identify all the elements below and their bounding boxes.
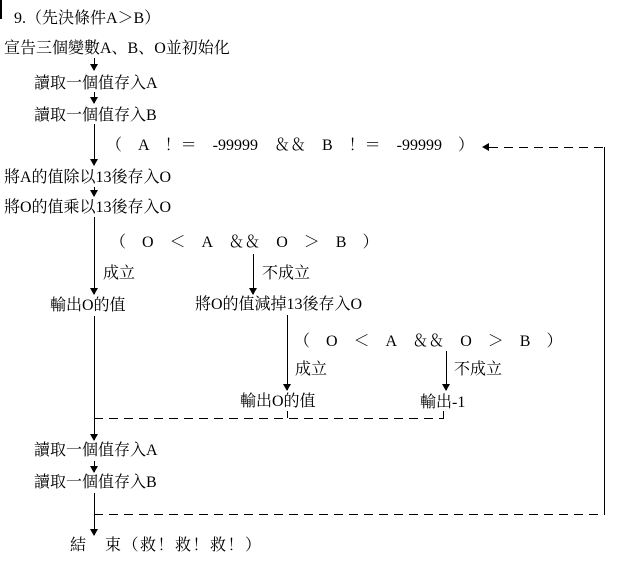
inner-merge-dashed-line <box>94 418 444 419</box>
node-read-a: 讀取一個值存入A <box>34 75 158 92</box>
if1-condition: （ O ＜ A ＆＆ O ＞ B ） <box>110 234 378 251</box>
arrow-down-icon <box>90 434 98 441</box>
node-multiply-by-13: 將O的值乘以13後存入O <box>4 199 171 216</box>
arrow-down-icon <box>442 384 450 391</box>
problem-title: 9.（先決條件A＞B） <box>14 10 160 27</box>
arrow-down-icon <box>249 288 257 295</box>
arrow-down-icon <box>90 288 98 295</box>
if1-true-action-output-o: 輸出O的值 <box>50 297 126 314</box>
arrow-left-icon <box>482 143 489 151</box>
loopback-right-line <box>604 147 605 515</box>
if2-false-action-output-neg1: 輸出-1 <box>420 394 465 411</box>
arrow-down-icon <box>90 97 98 104</box>
if2-true-label: 成立 <box>295 361 327 378</box>
arrow-down-icon <box>90 159 98 166</box>
arrow-down-icon <box>90 529 98 536</box>
loopback-top-dashed-line <box>489 147 604 148</box>
arrow-down-icon <box>90 190 98 197</box>
flowchart-page: 9.（先決條件A＞B） 宣告三個變數A、B、O並初始化 讀取一個值存入A 讀取一… <box>0 0 619 565</box>
flow-line-output-to-read-a2 <box>94 316 95 440</box>
if2-false-label: 不成立 <box>454 361 502 378</box>
if2-true-action-output-o: 輸出O的值 <box>240 393 316 410</box>
scan-artifact-mark <box>0 0 2 19</box>
arrow-down-icon <box>90 466 98 473</box>
if1-false-action-subtract-13: 將O的值減掉13後存入O <box>195 296 362 313</box>
node-read-a-again: 讀取一個值存入A <box>34 442 158 459</box>
arrow-down-icon <box>90 64 98 71</box>
node-divide-by-13: 將A的值除以13後存入O <box>4 169 171 186</box>
if2-condition: （ O ＜ A ＆＆ O ＞ B ） <box>294 333 562 350</box>
if2-true-branch-line <box>287 315 288 390</box>
while-loop-condition: （ A ！＝ -99999 ＆＆ B ！＝ -99999 ） <box>106 137 474 154</box>
if1-true-label: 成立 <box>103 265 135 282</box>
arrow-down-icon <box>283 384 291 391</box>
node-declare-variables: 宣告三個變數A、B、O並初始化 <box>4 40 230 57</box>
node-read-b-again: 讀取一個值存入B <box>34 474 157 491</box>
output-o2-merge-tick <box>287 411 288 418</box>
node-read-b: 讀取一個值存入B <box>34 107 157 124</box>
flow-line-multiply-to-if1-true <box>94 217 95 294</box>
output-neg1-merge-tick <box>443 411 444 418</box>
if1-false-label: 不成立 <box>262 265 310 282</box>
node-end: 結 束（救！救！救！） <box>70 537 263 554</box>
loopback-bottom-dashed-line <box>94 514 605 515</box>
